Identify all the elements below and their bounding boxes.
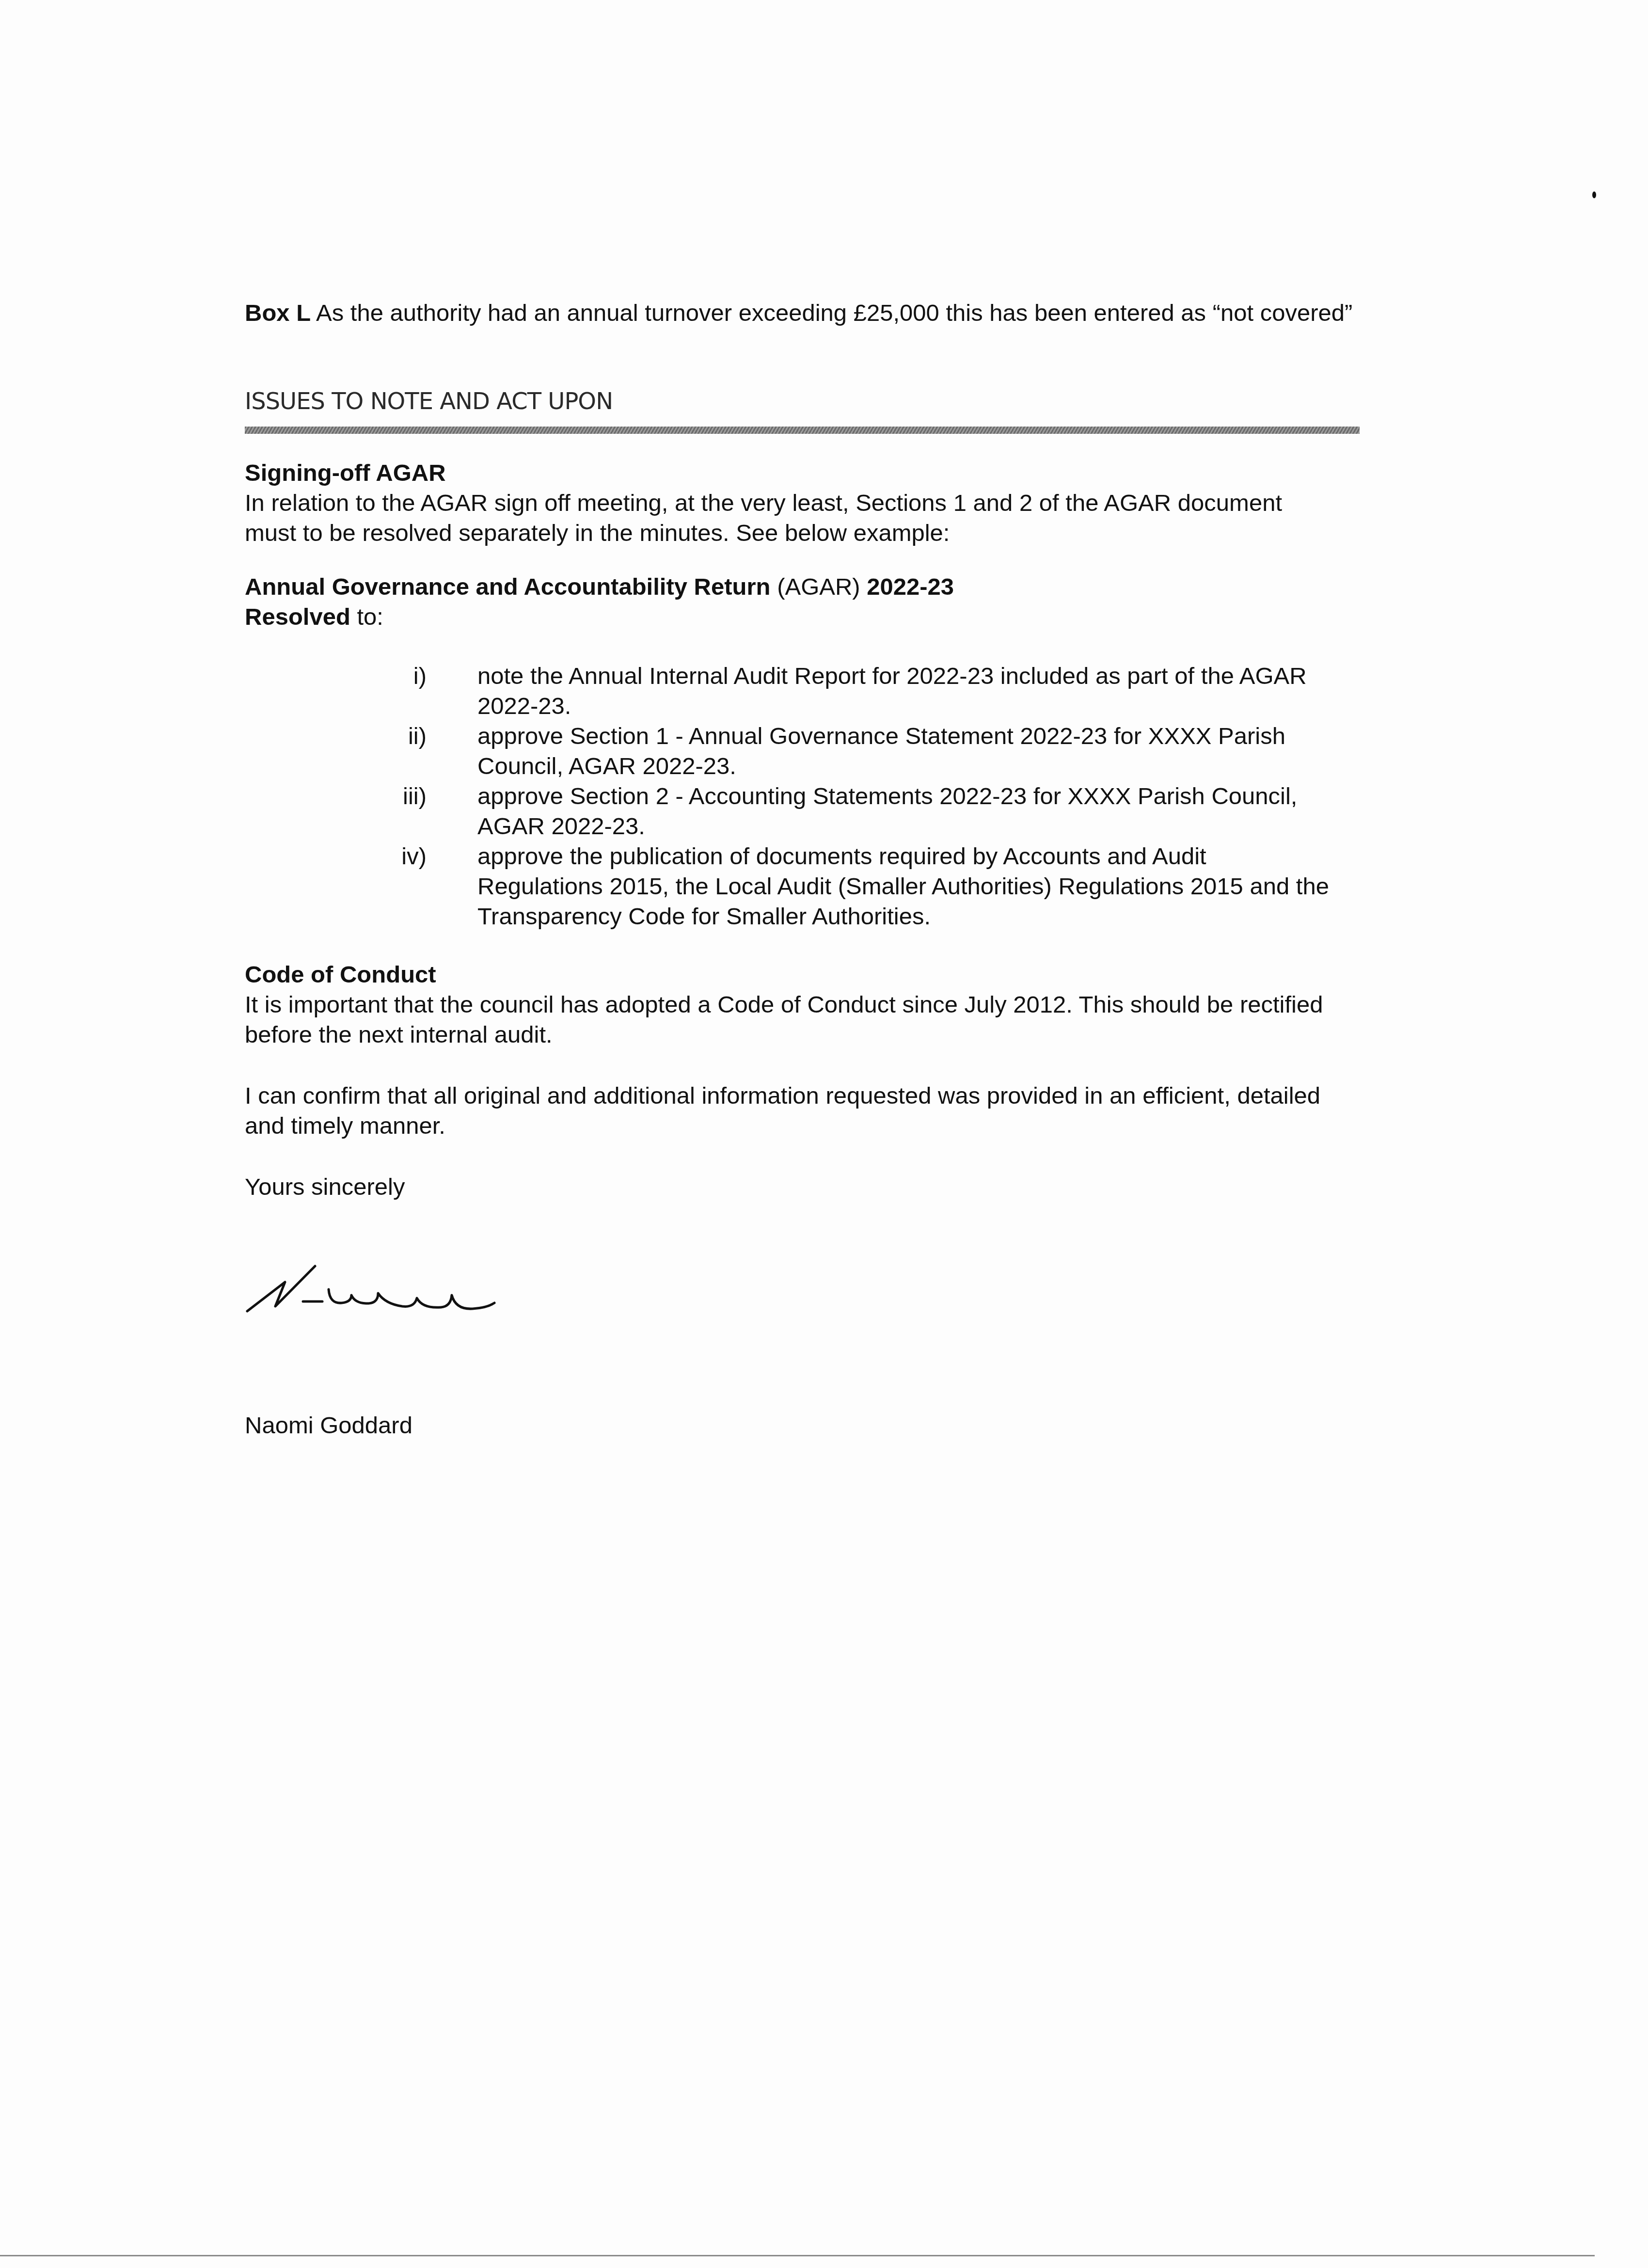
code-of-conduct-section: Code of Conduct It is important that the…	[245, 960, 1360, 1050]
list-item: iv)approve the publication of documents …	[368, 841, 1338, 932]
code-of-conduct-body: It is important that the council has ado…	[245, 990, 1350, 1050]
agar-title-abbrev: (AGAR)	[771, 574, 867, 600]
salutation-text: Yours sincerely	[245, 1172, 1360, 1202]
box-l-text: As the authority had an annual turnover …	[311, 300, 1352, 326]
list-item-text: note the Annual Internal Audit Report fo…	[477, 663, 1307, 719]
list-item: iii)approve Section 2 - Accounting State…	[368, 781, 1338, 841]
confirmation-text: I can confirm that all original and addi…	[245, 1081, 1350, 1141]
resolved-label: Resolved	[245, 604, 350, 630]
signatory: Naomi Goddard	[245, 1411, 1360, 1441]
page-edge-line	[0, 2255, 1595, 2256]
scan-speck	[1592, 191, 1596, 198]
signing-off-heading: Signing-off AGAR	[245, 458, 1360, 488]
agar-title: Annual Governance and Accountability Ret…	[245, 574, 771, 600]
list-item-text: approve Section 2 - Accounting Statement…	[477, 783, 1297, 840]
agar-example-heading: Annual Governance and Accountability Ret…	[245, 572, 1360, 632]
list-marker: iv)	[368, 841, 427, 872]
list-item-text: approve Section 1 - Annual Governance St…	[477, 723, 1285, 779]
resolution-list: i)note the Annual Internal Audit Report …	[368, 661, 1338, 932]
list-item: ii)approve Section 1 - Annual Governance…	[368, 721, 1338, 781]
issues-section-heading: ISSUES TO NOTE AND ACT UPON	[245, 388, 613, 415]
signing-off-body: In relation to the AGAR sign off meeting…	[245, 488, 1287, 548]
signature-icon	[242, 1255, 727, 1338]
confirmation-paragraph: I can confirm that all original and addi…	[245, 1081, 1360, 1141]
signing-off-section: Signing-off AGAR In relation to the AGAR…	[245, 458, 1360, 548]
code-of-conduct-heading: Code of Conduct	[245, 960, 1360, 990]
resolved-suffix: to:	[350, 604, 383, 630]
list-marker: ii)	[368, 721, 427, 751]
closing-salutation: Yours sincerely	[245, 1172, 1360, 1202]
box-l-label: Box L	[245, 300, 311, 326]
signatory-name: Naomi Goddard	[245, 1411, 1360, 1441]
box-l-note: Box L As the authority had an annual tur…	[245, 298, 1360, 328]
list-item: i)note the Annual Internal Audit Report …	[368, 661, 1338, 721]
section-divider	[245, 427, 1360, 434]
list-marker: i)	[368, 661, 427, 691]
list-item-text: approve the publication of documents req…	[477, 843, 1329, 930]
agar-title-year: 2022-23	[867, 574, 954, 600]
list-marker: iii)	[368, 781, 427, 811]
